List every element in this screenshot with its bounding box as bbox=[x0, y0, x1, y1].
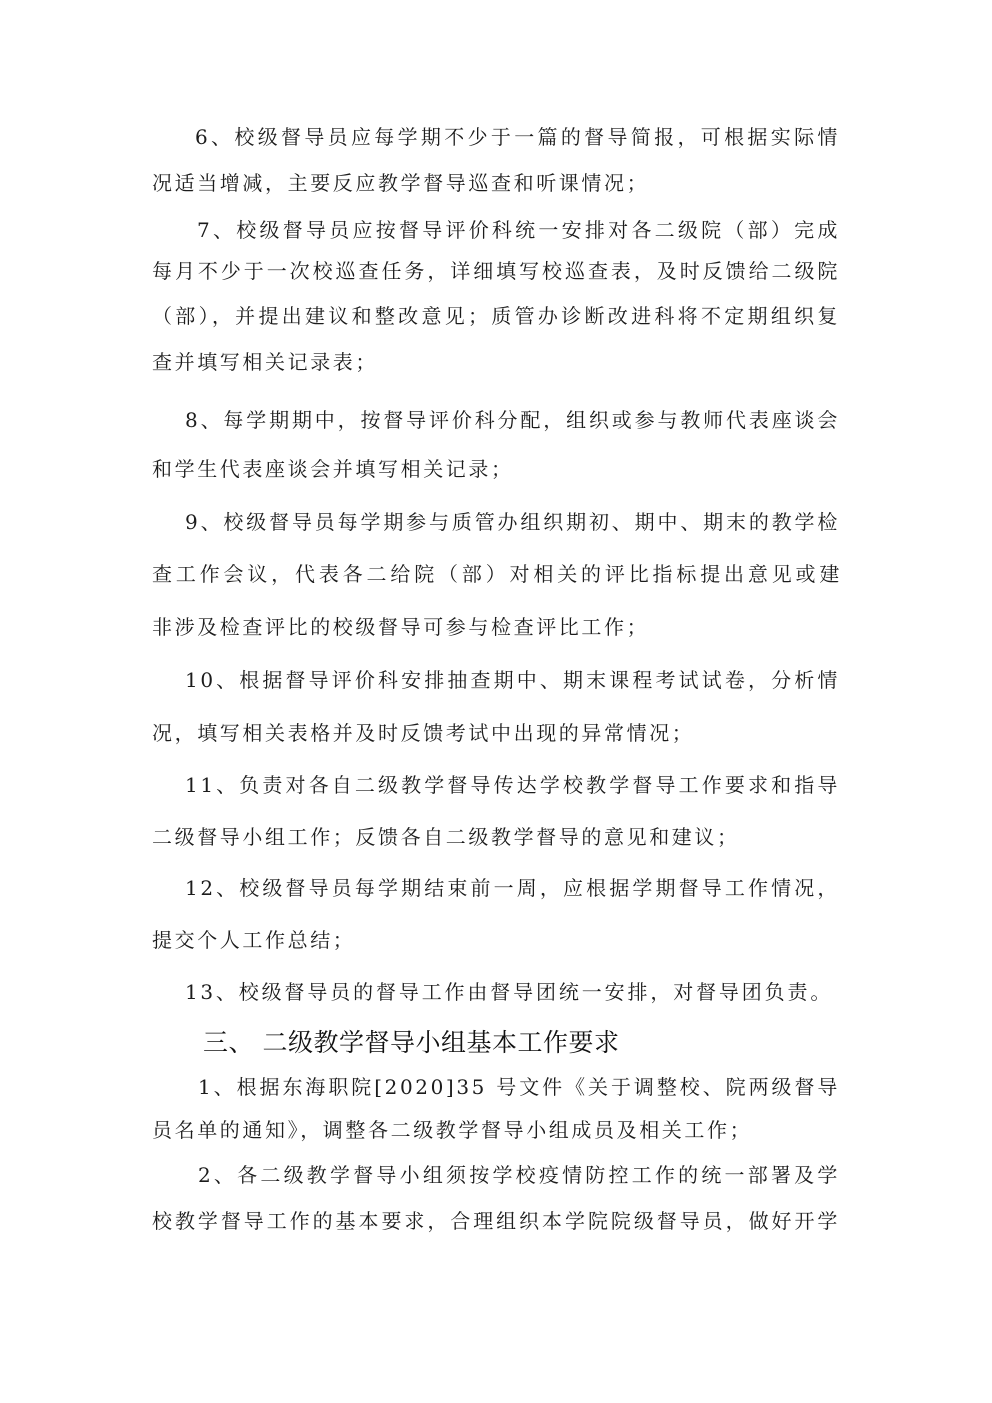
paragraph-line: 况适当增减，主要反应教学督导巡查和听课情况； bbox=[152, 170, 649, 196]
paragraph-line: 13、校级督导员的督导工作由督导团统一安排，对督导团负责。 bbox=[185, 979, 833, 1005]
paragraph-line: 9、校级督导员每学期参与质管办组织期初、期中、期末的教学检 bbox=[185, 509, 840, 535]
paragraph-line: 查工作会议，代表各二给院（部）对相关的评比指标提出意见或建议， bbox=[152, 561, 842, 587]
paragraph-line: 7、校级督导员应按督导评价科统一安排对各二级院（部）完成 bbox=[197, 217, 840, 243]
paragraph-line: 10、根据督导评价科安排抽查期中、期末课程考试试卷，分析情 bbox=[185, 667, 840, 693]
paragraph-line: 6、校级督导员应每学期不少于一篇的督导简报，可根据实际情 bbox=[195, 124, 840, 150]
section-heading: 三、 二级教学督导小组基本工作要求 bbox=[203, 1027, 619, 1059]
paragraph-line: 每月不少于一次校巡查任务，详细填写校巡查表，及时反馈给二级院 bbox=[152, 258, 840, 284]
paragraph-line: 提交个人工作总结； bbox=[152, 927, 355, 953]
paragraph-line: 校教学督导工作的基本要求，合理组织本学院院级督导员，做好开学 bbox=[152, 1208, 840, 1234]
paragraph-line: 查并填写相关记录表； bbox=[152, 349, 378, 375]
paragraph-line: 12、校级督导员每学期结束前一周，应根据学期督导工作情况， bbox=[185, 875, 840, 901]
paragraph-line: 和学生代表座谈会并填写相关记录； bbox=[152, 456, 514, 482]
paragraph-line: 1、根据东海职院[2020]35 号文件《关于调整校、院两级督导人 bbox=[198, 1074, 840, 1100]
document-page: 6、校级督导员应每学期不少于一篇的督导简报，可根据实际情 况适当增减，主要反应教… bbox=[0, 0, 992, 1403]
paragraph-line: 员名单的通知》，调整各二级教学督导小组成员及相关工作； bbox=[152, 1117, 752, 1143]
paragraph-line: 二级督导小组工作；反馈各自二级教学督导的意见和建议； bbox=[152, 824, 740, 850]
paragraph-line: 11、负责对各自二级教学督导传达学校教学督导工作要求和指导 bbox=[185, 772, 840, 798]
paragraph-line: 8、每学期期中，按督导评价科分配，组织或参与教师代表座谈会 bbox=[185, 407, 840, 433]
paragraph-line: 况，填写相关表格并及时反馈考试中出现的异常情况； bbox=[152, 720, 694, 746]
paragraph-line: （部），并提出建议和整改意见；质管办诊断改进科将不定期组织复 bbox=[152, 303, 840, 329]
paragraph-line: 2、各二级教学督导小组须按学校疫情防控工作的统一部署及学 bbox=[198, 1162, 840, 1188]
paragraph-line: 非涉及检查评比的校级督导可参与检查评比工作； bbox=[152, 614, 649, 640]
